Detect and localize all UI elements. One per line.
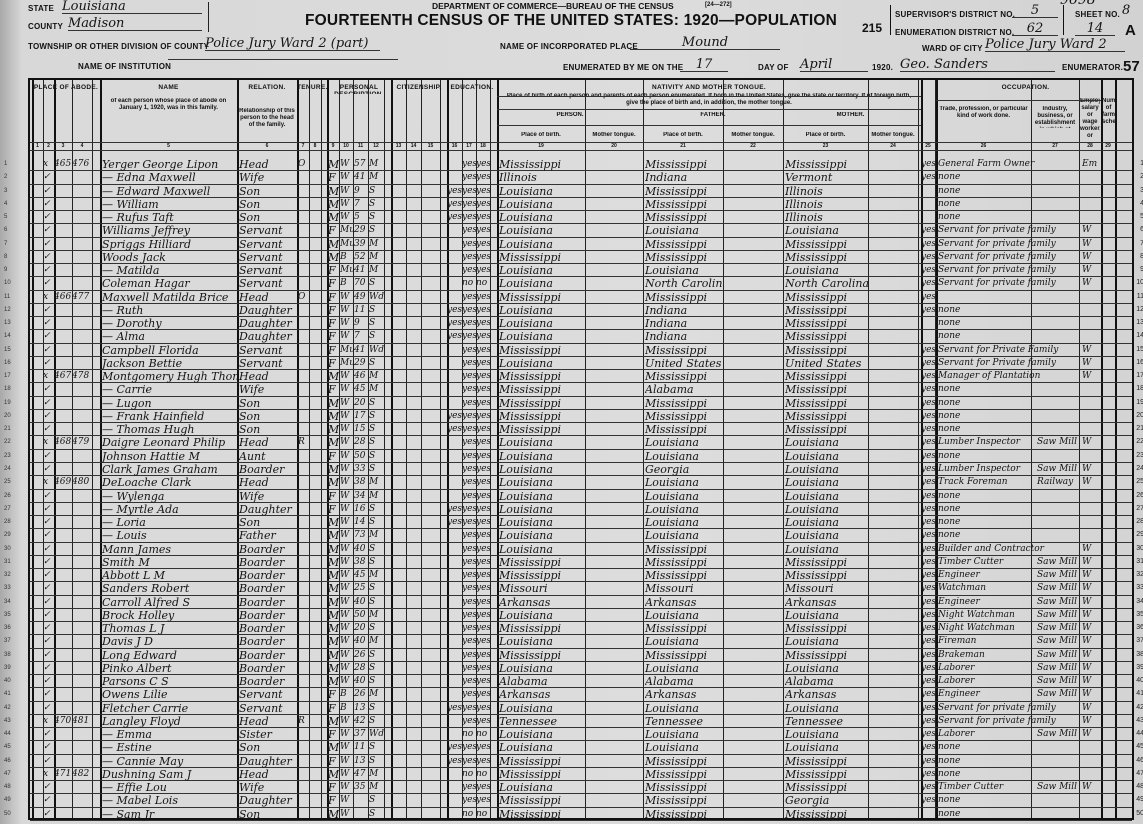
enumerated-month: April: [800, 58, 868, 72]
line-number: 19: [4, 400, 11, 406]
mother-subheader: MOTHER.: [783, 112, 918, 120]
column-number: 1: [32, 143, 43, 149]
table-row: 14✓— AlmaDaughterFW7SyesyesyesLouisianaI…: [30, 329, 1132, 342]
line-number: 31: [4, 559, 11, 565]
table-row: 36✓Thomas L JBoarderMW20SyesyesMississip…: [30, 621, 1132, 634]
table-row: 7✓Spriggs HilliardServantMMu39MyesyesLou…: [30, 237, 1132, 250]
line-number: 42: [4, 705, 11, 711]
institution-value: [168, 59, 398, 60]
table-row: 40✓Parsons C SBoarderMW40SyesyesAlabamaA…: [30, 674, 1132, 687]
township-value: Police Jury Ward 2 (part): [205, 37, 380, 51]
column-number: 12: [368, 143, 384, 149]
relation-header: RELATION.: [237, 84, 297, 94]
right-line-number: 36: [1136, 624, 1143, 631]
state-label: STATE: [28, 4, 54, 13]
table-row: 35✓Brock HolleyBoarderMW50MyesyesLouisia…: [30, 608, 1132, 621]
right-line-number: 27: [1136, 505, 1143, 512]
place-of-birth-label: Place of birth.: [643, 132, 723, 140]
table-row: 1x465476Yerger George LiponHeadOMW57Myes…: [30, 157, 1132, 170]
table-row: 21✓— Thomas HughSonMW15SyesyesyesMississ…: [30, 422, 1132, 435]
table-row: 23✓Johnson Hattie MAuntFW50SyesyesLouisi…: [30, 449, 1132, 462]
right-line-number: 42: [1136, 704, 1143, 711]
table-row: 34✓Carroll Alfred SBoarderMW40SyesyesArk…: [30, 595, 1132, 608]
form-number: 215: [862, 21, 882, 35]
right-line-number: 39: [1136, 664, 1143, 671]
line-number: 3: [4, 188, 7, 194]
line-number: 37: [4, 638, 11, 644]
cell-read: no: [462, 807, 476, 822]
industry-subheader: Industry, business, or establishment in …: [1033, 106, 1077, 128]
right-line-number: 29: [1136, 531, 1143, 538]
table-row: 41✓Owens LilieServantFB26MyesyesArkansas…: [30, 687, 1132, 700]
line-number: 13: [4, 320, 11, 326]
right-line-number: 26: [1136, 492, 1143, 499]
column-number: 4: [72, 143, 92, 149]
line-number: 43: [4, 718, 11, 724]
ward-label: WARD OF CITY: [922, 44, 983, 53]
table-row: 22x468479Daigre Leonard PhilipHeadRMW28S…: [30, 435, 1132, 448]
right-line-number: 32: [1136, 571, 1143, 578]
column-number: 3: [54, 143, 72, 149]
column-number: 10: [339, 143, 353, 149]
table-row: 33✓Sanders RobertBoarderMW25SyesyesMisso…: [30, 581, 1132, 594]
census-table: PLACE OF ABODE.NAMEof each person whose …: [28, 78, 1134, 820]
table-row: 49✓— Mabel LoisDaughterFWSyesyesMississi…: [30, 793, 1132, 806]
table-row: 48✓— Effie LouWifeFW35MyesyesLouisianaMi…: [30, 780, 1132, 793]
person-subheader: PERSON.: [497, 112, 643, 120]
header-rule: [497, 96, 921, 97]
line-number: 47: [4, 771, 11, 777]
education-header: EDUCATION.: [447, 84, 497, 94]
column-number: 6: [237, 143, 297, 149]
line-number: 4: [4, 201, 7, 207]
right-line-number: 14: [1136, 332, 1143, 339]
right-line-number: 41: [1136, 690, 1143, 697]
line-number: 29: [4, 532, 11, 538]
column-number: 5: [100, 143, 237, 149]
line-number: 1: [4, 161, 7, 167]
relation-subheader: Relationship of this person to the head …: [239, 108, 295, 132]
table-row: 3✓— Edward MaxwellSonMW9SyesyesyesLouisi…: [30, 184, 1132, 197]
table-row: 45✓— EstineSonMW11SyesyesyesLouisianaLou…: [30, 740, 1132, 753]
cell-occupation: none: [938, 807, 1083, 822]
line-number: 39: [4, 665, 11, 671]
table-row: 27✓— Myrtle AdaDaughterFW16SyesyesyesLou…: [30, 502, 1132, 515]
right-line-number: 16: [1136, 359, 1143, 366]
right-line-number: 34: [1136, 598, 1143, 605]
table-row: 5✓— Rufus TaftSonMW5SyesyesyesLouisianaM…: [30, 210, 1132, 223]
cell-write: no: [476, 807, 492, 822]
right-line-number: 35: [1136, 611, 1143, 618]
right-line-number: 23: [1136, 452, 1143, 459]
column-number: 23: [783, 143, 868, 149]
enumeration-district-label: ENUMERATION DISTRICT NO.: [895, 28, 1014, 37]
line-number: 20: [4, 413, 11, 419]
right-line-number: 15: [1136, 346, 1143, 353]
right-line-number: 33: [1136, 584, 1143, 591]
line-number: 5: [4, 214, 7, 220]
right-line-number: 25: [1136, 478, 1143, 485]
sheet-label: SHEET NO.: [1075, 10, 1120, 19]
line-number: 30: [4, 546, 11, 552]
farm-schedule-subheader: Number of farm schedule.: [1102, 98, 1115, 128]
column-number: 22: [723, 143, 783, 149]
column-number: 17: [462, 143, 476, 149]
right-line-number: 50: [1136, 810, 1143, 817]
table-row: 11x466477Maxwell Matilda BriceHeadOFW49W…: [30, 290, 1132, 303]
cell-relation: Son: [239, 807, 297, 822]
right-line-number: 44: [1136, 730, 1143, 737]
column-number: 16: [447, 143, 462, 149]
right-line-number: 18: [1136, 385, 1143, 392]
employer-subheader: Employer, salary or wage worker, or work…: [1080, 98, 1100, 138]
table-row: 37✓Davis J DBoarderMW40MyesyesLouisianaL…: [30, 634, 1132, 647]
column-number: 8: [309, 143, 321, 149]
right-line-number: 49: [1136, 796, 1143, 803]
ward-value: Police Jury Ward 2: [985, 38, 1125, 52]
year-label: 1920.: [872, 63, 893, 72]
cell-marital: S: [369, 807, 385, 822]
line-number: 7: [4, 241, 7, 247]
table-row: 47x471482Dushning Sam JHeadMW47MnonoMiss…: [30, 767, 1132, 780]
table-row: 42✓Fletcher CarrieServantFB13SyesyesyesL…: [30, 701, 1132, 714]
county-value: Madison: [68, 17, 202, 31]
mother-tongue-label: Mother tongue.: [868, 132, 918, 140]
right-line-number: 45: [1136, 743, 1143, 750]
column-number: 25: [921, 143, 935, 149]
line-number: 17: [4, 373, 11, 379]
line-number: 24: [4, 466, 11, 472]
citizenship-header: CITIZENSHIP.: [391, 84, 447, 94]
column-number: 24: [868, 143, 918, 149]
header-rule: [497, 109, 921, 110]
line-number: 33: [4, 585, 11, 591]
corner-stamp: 57: [1123, 58, 1140, 75]
sheet-alt-number: 14: [1075, 22, 1115, 36]
state-county-divider: [208, 2, 209, 32]
table-row: 12✓— RuthDaughterFW11SyesyesyesLouisiana…: [30, 303, 1132, 316]
line-number: 40: [4, 678, 11, 684]
census-title: FOURTEENTH CENSUS OF THE UNITED STATES: …: [305, 12, 837, 30]
column-number: 27: [1031, 143, 1079, 149]
right-line-number: 13: [1136, 319, 1143, 326]
table-row: 4✓— WilliamSonMW7SyesyesyesLouisianaMiss…: [30, 197, 1132, 210]
line-number: 27: [4, 506, 11, 512]
table-row: 38✓Long EdwardBoarderMW26SyesyesMississi…: [30, 648, 1132, 661]
table-row: 43x470481Langley FloydHeadRMW42SyesyesTe…: [30, 714, 1132, 727]
incorporated-place-label: NAME OF INCORPORATED PLACE: [500, 42, 638, 51]
line-number: 16: [4, 360, 11, 366]
place-of-birth-label: Place of birth.: [497, 132, 585, 140]
right-line-number: 48: [1136, 783, 1143, 790]
line-number: 45: [4, 744, 11, 750]
enumerated-day: 17: [680, 58, 728, 72]
right-line-number: 28: [1136, 518, 1143, 525]
line-number: 10: [4, 280, 11, 286]
column-number: 29: [1101, 143, 1115, 149]
line-number: 44: [4, 731, 11, 737]
table-row: 6✓Williams JeffreyServantFMu29SyesyesLou…: [30, 223, 1132, 236]
table-row: 32✓Abbott L MBoarderMW45MyesyesMississip…: [30, 568, 1132, 581]
table-row: 16✓Jackson BettieServantFMu29SyesyesLoui…: [30, 356, 1132, 369]
column-number: 15: [421, 143, 440, 149]
table-row: 17x467478Montgomery Hugh ThomasHeadMW46M…: [30, 369, 1132, 382]
supervisor-district-value: 5: [1012, 4, 1058, 18]
column-number: 18: [476, 143, 490, 149]
line-number: 50: [4, 811, 11, 817]
table-row: 9✓— MatildaServantFMu41MyesyesLouisianaL…: [30, 263, 1132, 276]
table-row: 13✓— DorothyDaughterFW9SyesyesyesLouisia…: [30, 316, 1132, 329]
occupation-header: OCCUPATION.: [936, 84, 1115, 94]
right-line-number: 47: [1136, 770, 1143, 777]
line-number: 22: [4, 439, 11, 445]
table-row: 50✓— Sam JrSonMWSnonoMississippiMississi…: [30, 807, 1132, 820]
line-number: 36: [4, 625, 11, 631]
right-line-number: 17: [1136, 372, 1143, 379]
header-rule: [936, 100, 1101, 101]
line-number: 15: [4, 347, 11, 353]
right-line-number: 22: [1136, 438, 1143, 445]
right-line-number: 12: [1136, 306, 1143, 313]
incorporated-place-value: Mound: [630, 36, 780, 50]
top-right-scrawl: 9698: [1060, 0, 1096, 7]
line-number: 41: [4, 691, 11, 697]
table-row: 39✓Pinko AlbertBoarderMW28SyesyesLouisia…: [30, 661, 1132, 674]
tenure-header: TENURE.: [297, 84, 327, 94]
line-number: 46: [4, 758, 11, 764]
right-line-number: 46: [1136, 757, 1143, 764]
column-number: 26: [936, 143, 1031, 149]
mother-tongue-label: Mother tongue.: [723, 132, 783, 140]
right-line-number: 10: [1136, 279, 1143, 286]
line-number: 18: [4, 386, 11, 392]
column-number: 28: [1079, 143, 1101, 149]
right-line-number: 30: [1136, 545, 1143, 552]
table-row: 19✓— LugonSonMW20SyesyesMississippiMissi…: [30, 396, 1132, 409]
institution-label: NAME OF INSTITUTION: [78, 62, 171, 71]
column-number: 21: [643, 143, 723, 149]
cell-mother-birth: Mississippi: [785, 807, 868, 822]
census-sheet: STATE Louisiana COUNTY Madison TOWNSHIP …: [0, 0, 1143, 824]
enumerator-name: Geo. Sanders: [900, 58, 1055, 72]
right-line-number: 20: [1136, 412, 1143, 419]
right-line-number: 43: [1136, 717, 1143, 724]
table-row: 10✓Coleman HagarServantFB70SnonoLouisian…: [30, 276, 1132, 289]
enumeration-district-value: 62: [1012, 22, 1058, 36]
column-number: 14: [406, 143, 421, 149]
state-value: Louisiana: [62, 0, 202, 14]
line-number: 14: [4, 333, 11, 339]
table-row: 24✓Clark James GrahamBoarderMW33SyesyesL…: [30, 462, 1132, 475]
line-number: 32: [4, 572, 11, 578]
line-number: 26: [4, 493, 11, 499]
column-number: 20: [585, 143, 643, 149]
table-row: 29✓— LouisFatherMW73MyesyesLouisianaLoui…: [30, 528, 1132, 541]
column-number: 19: [497, 143, 585, 149]
cell-name: — Sam Jr: [102, 807, 237, 822]
check-mark: ✓: [43, 807, 54, 822]
cell-birth: Mississippi: [499, 807, 585, 822]
county-label: COUNTY: [28, 22, 63, 31]
line-number: 25: [4, 479, 11, 485]
day-of-label: DAY OF: [758, 63, 789, 72]
township-label: TOWNSHIP OR OTHER DIVISION OF COUNTY: [28, 42, 209, 51]
line-number: 35: [4, 612, 11, 618]
right-line-number: 37: [1136, 637, 1143, 644]
mother-tongue-label: Mother tongue.: [585, 132, 643, 140]
column-number: 11: [353, 143, 368, 149]
table-row: 30✓Mann JamesBoarderMW40SyesyesLouisiana…: [30, 542, 1132, 555]
department-title: DEPARTMENT OF COMMERCE—BUREAU OF THE CEN…: [432, 1, 674, 11]
table-row: 20✓— Frank HainfieldSonMW17SyesyesyesMis…: [30, 409, 1132, 422]
table-row: 25x469480DeLoache ClarkHeadMW38MyesyesLo…: [30, 475, 1132, 488]
column-number: 2: [43, 143, 54, 149]
right-line-number: 11: [1137, 293, 1143, 300]
cell-father-birth: Mississippi: [645, 807, 723, 822]
right-line-number: 21: [1136, 425, 1143, 432]
cell-race: W: [340, 807, 354, 822]
table-row: 28✓— LoriaSonMW14SyesyesyesLouisianaLoui…: [30, 515, 1132, 528]
right-line-number: 38: [1136, 651, 1143, 658]
column-number: 9: [327, 143, 339, 149]
cell-sex: M: [328, 807, 340, 822]
line-number: 38: [4, 652, 11, 658]
place-of-birth-label: Place of birth.: [783, 132, 868, 140]
line-number: 48: [4, 784, 11, 790]
name-subheader: of each person whose place of abode on J…: [102, 98, 235, 138]
header-rule: [30, 150, 1132, 151]
line-number: 11: [4, 294, 10, 300]
supervisor-district-label: SUPERVISOR'S DISTRICT NO.: [895, 10, 1015, 19]
personal-description-header: PERSONAL DESCRIPTION.: [327, 84, 391, 94]
line-number: 28: [4, 519, 11, 525]
line-number: 8: [4, 254, 7, 260]
table-row: 2✓— Edna MaxwellWifeFW41MyesyesIllinoisI…: [30, 170, 1132, 183]
enumerated-label: ENUMERATED BY ME ON THE: [563, 63, 683, 72]
header-rule: [497, 125, 921, 126]
right-line-number: 19: [1136, 399, 1143, 406]
table-row: 26✓— WylengaWifeFW34MyesyesLouisianaLoui…: [30, 489, 1132, 502]
right-line-number: 31: [1136, 558, 1143, 565]
father-subheader: FATHER.: [643, 112, 783, 120]
sheet-number: 8: [1122, 4, 1130, 17]
line-number: 21: [4, 426, 11, 432]
table-row: 46✓— Cannie MayDaughterFW13SyesyesyesMis…: [30, 754, 1132, 767]
table-row: 31✓Smith MBoarderMW38SyesyesMississippiM…: [30, 555, 1132, 568]
line-number: 2: [4, 174, 7, 180]
sheet-letter: A: [1125, 22, 1136, 39]
enumerator-label: ENUMERATOR.: [1062, 63, 1123, 72]
name-header: NAME: [100, 84, 237, 94]
line-number: 6: [4, 227, 7, 233]
column-number: 7: [297, 143, 309, 149]
table-row: 18✓— CarrieWifeFW45MyesyesMississippiAla…: [30, 382, 1132, 395]
line-number: 23: [4, 453, 11, 459]
line-number: 9: [4, 267, 7, 273]
table-row: 15✓Campbell FloridaServantFMu41WdyesyesM…: [30, 343, 1132, 356]
line-number: 34: [4, 599, 11, 605]
column-number: 13: [391, 143, 406, 149]
place-of-abode-header: PLACE OF ABODE.: [32, 84, 100, 94]
line-number: 12: [4, 307, 11, 313]
right-line-number: 24: [1136, 465, 1143, 472]
table-row: 44✓— EmmaSisterFW37WdnonoLouisianaLouisi…: [30, 727, 1132, 740]
line-number: 49: [4, 797, 11, 803]
form-code: [24—272]: [705, 2, 732, 8]
right-line-number: 40: [1136, 677, 1143, 684]
table-row: 8✓Woods JackServantMB52MyesyesMississipp…: [30, 250, 1132, 263]
trade-subheader: Trade, profession, or particular kind of…: [938, 106, 1029, 128]
